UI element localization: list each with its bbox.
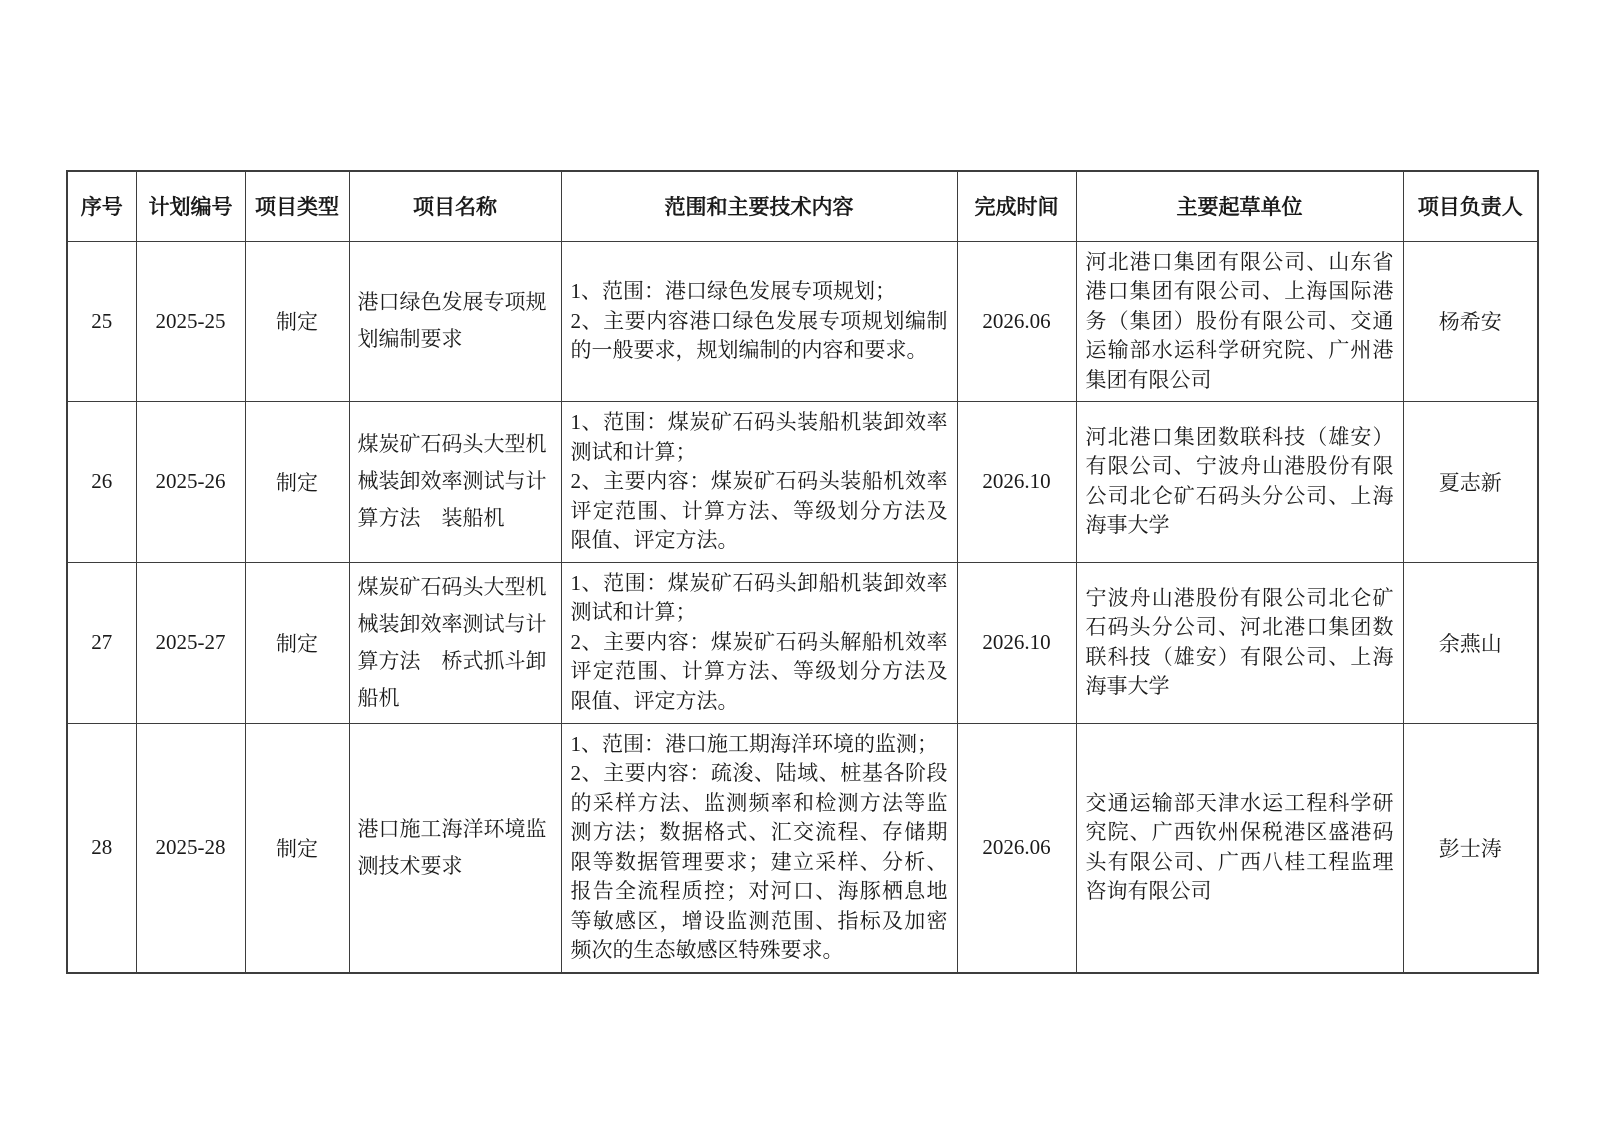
cell-project-name: 煤炭矿石码头大型机械装卸效率测试与计算方法 桥式抓斗卸船机 (349, 562, 561, 723)
cell-project-leader: 杨希安 (1403, 241, 1538, 402)
table-row: 26 2025-26 制定 煤炭矿石码头大型机械装卸效率测试与计算方法 装船机 … (67, 402, 1538, 563)
table-row: 25 2025-25 制定 港口绿色发展专项规划编制要求 1、范围：港口绿色发展… (67, 241, 1538, 402)
cell-project-leader: 余燕山 (1403, 562, 1538, 723)
cell-project-name: 煤炭矿石码头大型机械装卸效率测试与计算方法 装船机 (349, 402, 561, 563)
cell-serial-number: 28 (67, 723, 136, 973)
cell-scope-content: 1、范围：煤炭矿石码头装船机装卸效率测试和计算； 2、主要内容：煤炭矿石码头装船… (561, 402, 957, 563)
cell-plan-number: 2025-28 (136, 723, 245, 973)
cell-drafting-units: 交通运输部天津水运工程科学研究院、广西钦州保税港区盛港码头有限公司、广西八桂工程… (1076, 723, 1403, 973)
cell-scope-content: 1、范围：港口绿色发展专项规划； 2、主要内容港口绿色发展专项规划编制的一般要求… (561, 241, 957, 402)
cell-completion-time: 2026.06 (957, 241, 1076, 402)
cell-plan-number: 2025-25 (136, 241, 245, 402)
table-row: 27 2025-27 制定 煤炭矿石码头大型机械装卸效率测试与计算方法 桥式抓斗… (67, 562, 1538, 723)
cell-project-leader: 夏志新 (1403, 402, 1538, 563)
column-header-scope-content: 范围和主要技术内容 (561, 171, 957, 241)
header-row: 序号 计划编号 项目类型 项目名称 范围和主要技术内容 完成时间 主要起草单位 … (67, 171, 1538, 241)
cell-serial-number: 27 (67, 562, 136, 723)
cell-project-name: 港口施工海洋环境监测技术要求 (349, 723, 561, 973)
column-header-drafting-units: 主要起草单位 (1076, 171, 1403, 241)
cell-drafting-units: 河北港口集团数联科技（雄安）有限公司、宁波舟山港股份有限公司北仑矿石码头分公司、… (1076, 402, 1403, 563)
cell-drafting-units: 宁波舟山港股份有限公司北仑矿石码头分公司、河北港口集团数联科技（雄安）有限公司、… (1076, 562, 1403, 723)
cell-project-type: 制定 (245, 402, 349, 563)
table-row: 28 2025-28 制定 港口施工海洋环境监测技术要求 1、范围：港口施工期海… (67, 723, 1538, 973)
cell-serial-number: 26 (67, 402, 136, 563)
column-header-completion-time: 完成时间 (957, 171, 1076, 241)
column-header-project-type: 项目类型 (245, 171, 349, 241)
cell-completion-time: 2026.10 (957, 562, 1076, 723)
cell-project-type: 制定 (245, 562, 349, 723)
cell-plan-number: 2025-27 (136, 562, 245, 723)
cell-project-name: 港口绿色发展专项规划编制要求 (349, 241, 561, 402)
column-header-project-name: 项目名称 (349, 171, 561, 241)
document-page: 序号 计划编号 项目类型 项目名称 范围和主要技术内容 完成时间 主要起草单位 … (0, 0, 1600, 1131)
cell-completion-time: 2026.06 (957, 723, 1076, 973)
cell-drafting-units: 河北港口集团有限公司、山东省港口集团有限公司、上海国际港务（集团）股份有限公司、… (1076, 241, 1403, 402)
cell-completion-time: 2026.10 (957, 402, 1076, 563)
cell-plan-number: 2025-26 (136, 402, 245, 563)
standards-plan-table: 序号 计划编号 项目类型 项目名称 范围和主要技术内容 完成时间 主要起草单位 … (66, 170, 1539, 974)
cell-serial-number: 25 (67, 241, 136, 402)
cell-scope-content: 1、范围：港口施工期海洋环境的监测； 2、主要内容：疏浚、陆域、桩基各阶段的采样… (561, 723, 957, 973)
column-header-plan-number: 计划编号 (136, 171, 245, 241)
cell-project-type: 制定 (245, 241, 349, 402)
cell-scope-content: 1、范围：煤炭矿石码头卸船机装卸效率测试和计算； 2、主要内容：煤炭矿石码头解船… (561, 562, 957, 723)
cell-project-leader: 彭士涛 (1403, 723, 1538, 973)
column-header-serial-number: 序号 (67, 171, 136, 241)
column-header-project-leader: 项目负责人 (1403, 171, 1538, 241)
cell-project-type: 制定 (245, 723, 349, 973)
